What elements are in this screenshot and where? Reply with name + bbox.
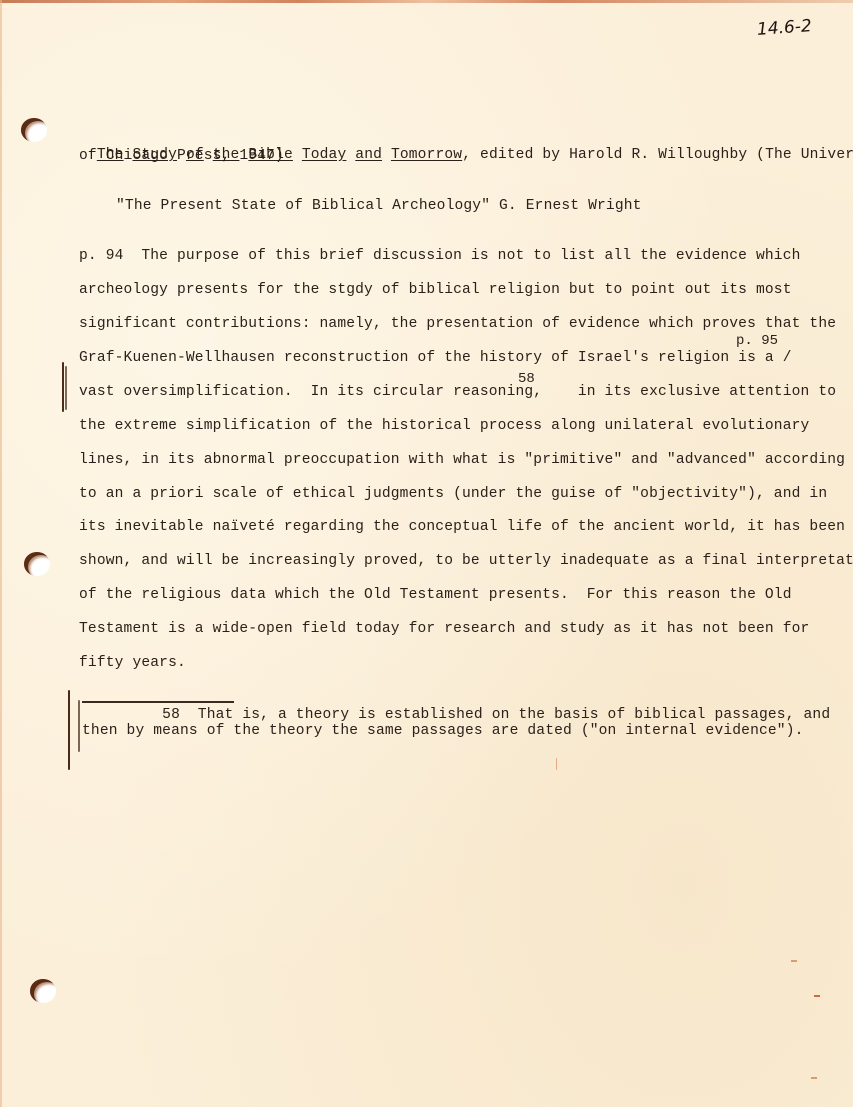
margin-mark-body xyxy=(62,362,64,412)
body-line: Graf-Kuenen-Wellhausen reconstruction of… xyxy=(79,350,792,366)
citation-editor: , edited by Harold R. Willoughby (The Un… xyxy=(462,147,853,163)
paper-speck xyxy=(556,758,557,770)
punch-hole-middle xyxy=(24,552,50,576)
paper-speck xyxy=(814,995,820,997)
chapter-heading: "The Present State of Biblical Archeolog… xyxy=(116,198,642,214)
paper-left-edge xyxy=(0,0,2,1107)
margin-mark-footnote xyxy=(68,690,70,770)
body-line: lines, in its abnormal preoccupation wit… xyxy=(79,452,845,468)
body-line: significant contributions: namely, the p… xyxy=(79,316,836,332)
body-line: vast oversimplification. In its circular… xyxy=(79,384,836,400)
punch-hole-top xyxy=(21,118,47,142)
body-line: of the religious data which the Old Test… xyxy=(79,587,792,603)
body-line: Testament is a wide-open field today for… xyxy=(79,621,809,637)
handwritten-page-number: 14.6-2 xyxy=(756,16,812,40)
book-title-word: and xyxy=(355,147,382,163)
stained-top-edge xyxy=(0,0,853,3)
book-title-word: Tomorrow xyxy=(391,147,462,163)
body-line: archeology presents for the stgdy of bib… xyxy=(79,282,792,298)
body-line: fifty years. xyxy=(79,655,186,671)
margin-mark-footnote xyxy=(78,700,80,752)
paper-speck xyxy=(811,1077,817,1079)
footnote-separator xyxy=(82,701,234,703)
body-line: the extreme simplification of the histor… xyxy=(79,418,809,434)
margin-mark-body xyxy=(65,366,67,410)
footnote-line-1: 58 That is, a theory is established on t… xyxy=(82,707,830,723)
body-line: shown, and will be increasingly proved, … xyxy=(79,553,853,569)
paper-speck xyxy=(791,960,797,962)
punch-hole-bottom xyxy=(30,979,56,1003)
citation-line-2: of Chicago Press, 1947) xyxy=(79,148,284,164)
page-marker-95: p. 95 xyxy=(736,333,778,349)
footnote-line-2: then by means of the theory the same pas… xyxy=(82,723,804,739)
body-line: p. 94 The purpose of this brief discussi… xyxy=(79,248,801,264)
book-title-word: Today xyxy=(302,147,347,163)
body-line: its inevitable naïveté regarding the con… xyxy=(79,519,845,535)
body-line: to an a priori scale of ethical judgment… xyxy=(79,486,827,502)
